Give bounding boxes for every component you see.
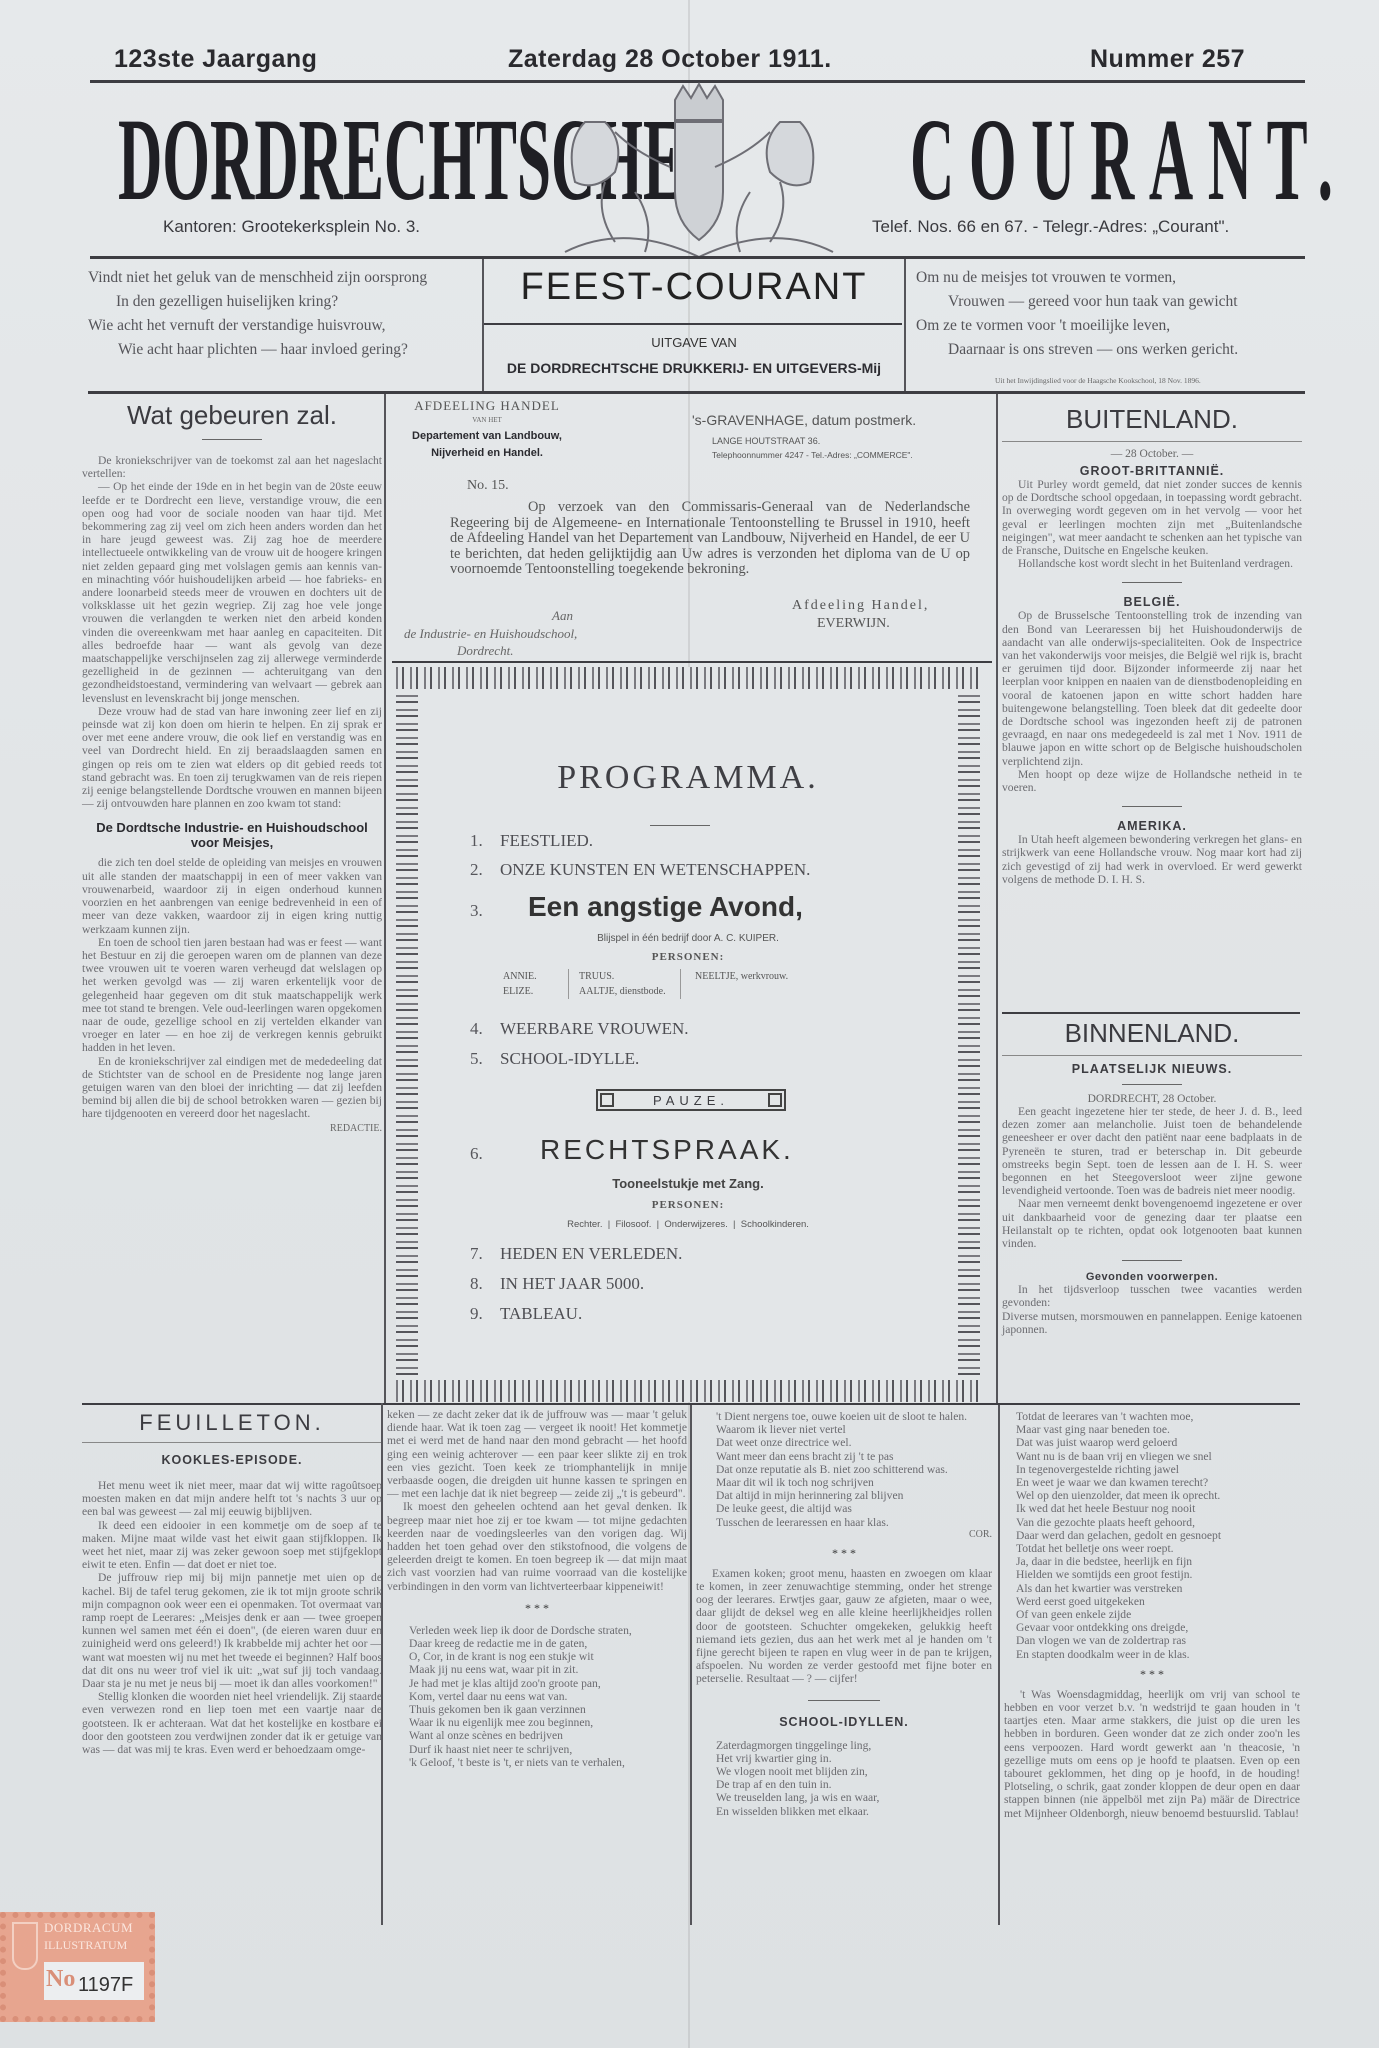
- column-divider-3: [996, 394, 998, 1404]
- pause-banner: PAUZE.: [596, 1089, 786, 1111]
- poem-school-idyllen: Zaterdagmorgen tinggelinge ling, Het vri…: [696, 1739, 992, 1818]
- cast-col-2: TRUUS.AALTJE, dienstbode.: [568, 969, 666, 999]
- shield-icon: [12, 1922, 38, 1970]
- archive-number: 1197F: [78, 1974, 133, 1997]
- programme-item-3: 3.Een angstige Avond,: [470, 891, 803, 923]
- programme-item-6: 6.RECHTSPRAAK.: [470, 1134, 794, 1166]
- publisher-line2: DE DORDRECHTSCHE DRUKKERIJ- EN UITGEVERS…: [484, 360, 904, 376]
- coat-of-arms-griffins-icon: [545, 82, 840, 267]
- feuilleton-column-1: FEUILLETON. KOOKLES-EPISODE. Het menu we…: [82, 1410, 382, 1756]
- feest-courant-title: FEEST-COURANT: [484, 266, 904, 309]
- volume-label: 123ste Jaargang: [114, 45, 317, 74]
- right-verse: Om nu de meisjes tot vrouwen te vormen, …: [916, 266, 1238, 362]
- masthead-bottom-rule: [90, 256, 1305, 259]
- poem-verleden-week: Verleden week liep ik door de Dordsche s…: [387, 1624, 687, 1769]
- banner-inner-rule: [484, 323, 902, 325]
- diploma-letter: AFDEELING HANDEL VAN HET Departement van…: [392, 398, 992, 660]
- letter-place-date: 's-GRAVENHAGE, datum postmerk.: [692, 412, 916, 428]
- cast-col-1: ANNIE.ELIZE.: [503, 969, 537, 999]
- school-idyllen-heading: SCHOOL-IDYLLEN.: [696, 1715, 992, 1729]
- headline-binnenland: BINNENLAND.: [1002, 1018, 1302, 1049]
- column-buitenland: BUITENLAND. — 28 October. — GROOT-BRITTA…: [1002, 404, 1302, 886]
- letter-recipient: de Industrie- en Huishoudschool,: [404, 626, 577, 642]
- programme-item-7: 7.HEDEN EN VERLEDEN.: [470, 1244, 682, 1264]
- letter-bottom-rule: [392, 661, 992, 663]
- programme-item-8: 8.IN HET JAAR 5000.: [470, 1274, 644, 1294]
- programme-item-5: 5.SCHOOL-IDYLLE.: [470, 1049, 639, 1069]
- publisher-line1: UITGAVE VAN: [484, 335, 904, 350]
- contact-info: Telef. Nos. 66 en 67. - Telegr.-Adres: „…: [872, 217, 1229, 237]
- programme-frame: PROGRAMMA. 1.FEESTLIED. 2.ONZE KUNSTEN E…: [396, 667, 980, 1402]
- divider: [202, 439, 262, 440]
- school-name-heading: De Dordtsche Industrie- en Huishoudschoo…: [82, 820, 382, 850]
- programme-title: PROGRAMMA.: [418, 759, 958, 797]
- kookles-episode-heading: KOOKLES-EPISODE.: [82, 1453, 382, 1467]
- issue-number: Nummer 257: [1090, 45, 1245, 74]
- verse-source: Uit het Inwijdingslied voor de Haagsche …: [995, 376, 1201, 385]
- headline-feuilleton: FEUILLETON.: [82, 1410, 382, 1436]
- masthead-title-right: COURANT.: [910, 95, 1347, 225]
- column-wat-gebeuren-zal: Wat gebeuren zal. De kroniekschrijver va…: [82, 400, 382, 1134]
- headline-buitenland: BUITENLAND.: [1002, 404, 1302, 435]
- programme-item-4: 4.WEERBARE VROUWEN.: [470, 1019, 689, 1039]
- redactie-signature: REDACTIE.: [82, 1123, 382, 1134]
- column-binnenland: BINNENLAND. PLAATSELIJK NIEUWS. DORDRECH…: [1002, 1018, 1302, 1336]
- letter-signatory: EVERWIJN.: [817, 616, 890, 632]
- programme-item-1: 1.FEESTLIED.: [470, 831, 593, 851]
- programme-item-9: 9.TABLEAU.: [470, 1304, 582, 1324]
- programme-item-2: 2.ONZE KUNSTEN EN WETENSCHAPPEN.: [470, 860, 810, 880]
- asterism: * * *: [387, 1601, 687, 1616]
- headline-wat-gebeuren-zal: Wat gebeuren zal.: [82, 400, 382, 431]
- cor-signature: COR.: [696, 1529, 992, 1540]
- column-divider-1: [384, 394, 386, 1404]
- newspaper-page: 123ste Jaargang Zaterdag 28 October 1911…: [0, 0, 1379, 2048]
- found-items-heading: Gevonden voorwerpen.: [1002, 1271, 1302, 1283]
- section-groot-brittannie: GROOT-BRITTANNIË.: [1002, 464, 1302, 478]
- archive-stamp: DORDRACUM ILLUSTRATUM No 1197F: [0, 1912, 155, 2022]
- left-verse: Vindt niet het geluk van de menschheid z…: [88, 266, 427, 362]
- section-amerika: AMERIKA.: [1002, 819, 1302, 833]
- feuilleton-column-3: 't Dient nergens toe, ouwe koeien uit de…: [696, 1410, 992, 1818]
- issue-date: Zaterdag 28 October 1911.: [508, 45, 832, 74]
- letter-body: Op verzoek van den Commissaris-Generaal …: [450, 500, 970, 578]
- office-address: Kantoren: Grootekerksplein No. 3.: [163, 217, 420, 237]
- banner-divider-right: [904, 259, 906, 391]
- section-belgie: BELGIË.: [1002, 595, 1302, 609]
- letter-number: No. 15.: [467, 478, 509, 494]
- banner-bottom-rule: [88, 391, 1305, 394]
- feuilleton-column-2: keken — ze dacht zeker dat ik de juffrou…: [387, 1408, 687, 1769]
- feuilleton-column-4: Totdat de leerares van 't wachten moe, M…: [1004, 1410, 1300, 1820]
- cast-col-3: NEELTJE, werkvrouw.: [680, 969, 788, 999]
